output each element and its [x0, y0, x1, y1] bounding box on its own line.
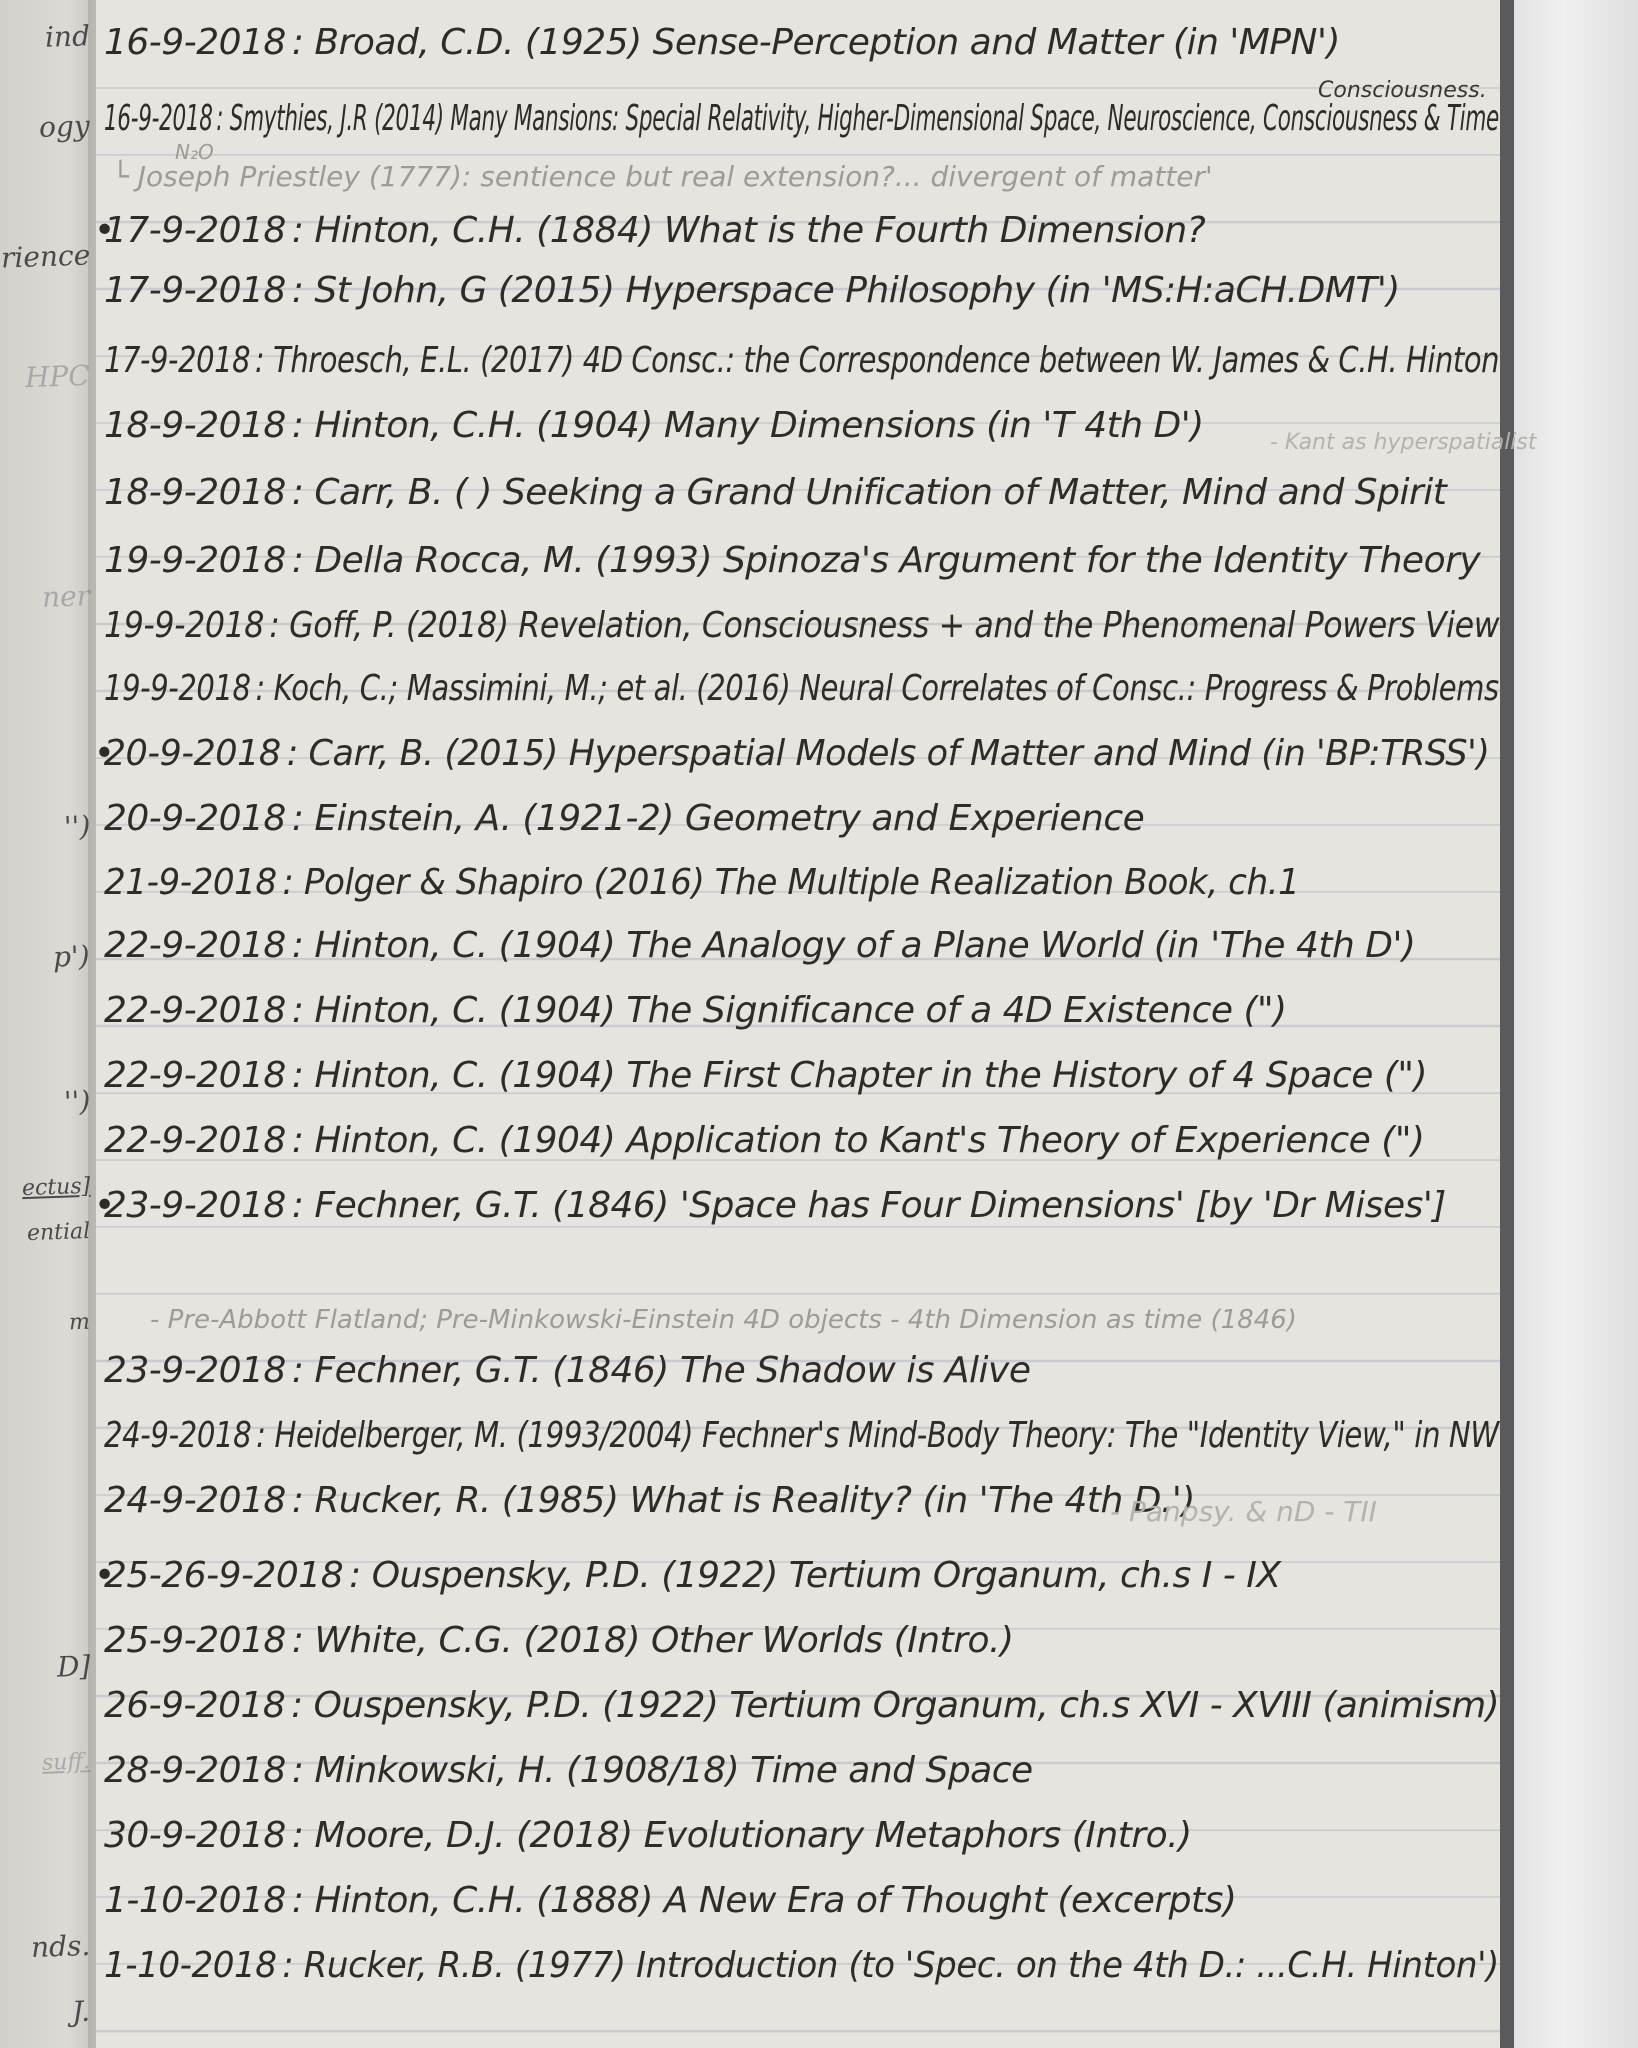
entry-date: 30-9-2018: [104, 1815, 286, 1856]
annotation-panpsy: - Panpsy. & nD - TII: [1110, 1495, 1377, 1528]
entry-title: The Multiple Realization Book, ch.1: [715, 862, 1300, 903]
entry-title: Sense-Perception and Matter (in 'MPN'): [653, 22, 1340, 63]
log-entry: 22-9-2018: Hinton, C. (1904) The First C…: [104, 1055, 1427, 1096]
entry-separator: :: [256, 1415, 274, 1456]
entry-date: 23-9-2018: [104, 1350, 286, 1391]
entry-separator: :: [269, 605, 289, 646]
margin-fragment: ''): [63, 810, 90, 844]
margin-fragment: ential: [26, 1219, 90, 1246]
log-entry: 20-9-2018: Einstein, A. (1921-2) Geometr…: [104, 798, 1144, 839]
entry-title: Many Mansions: Special Relativity, Highe…: [450, 98, 1499, 139]
margin-fragment: ectus]: [21, 1174, 90, 1201]
entry-separator: :: [292, 1815, 315, 1856]
entry-author: Rucker, R.B. (1977): [304, 1945, 626, 1986]
entry-title: 4D Consc.: the Correspondence between W.…: [583, 340, 1499, 381]
entry-separator: :: [292, 270, 315, 311]
entry-author: Goff, P. (2018): [289, 605, 508, 646]
margin-fragment: ogy: [39, 109, 91, 144]
entry-title: What is the Fourth Dimension?: [664, 210, 1205, 251]
entry-author: White, C.G. (2018): [314, 1620, 640, 1661]
entry-date: 1-10-2018: [104, 1945, 277, 1986]
entry-date: 22-9-2018: [104, 925, 286, 966]
entry-date: 26-9-2018: [104, 1685, 285, 1726]
entry-bullet-icon: •: [94, 210, 104, 251]
log-entry: 25-9-2018: White, C.G. (2018) Other Worl…: [104, 1620, 1014, 1661]
entry-author: Hinton, C.H. (1888): [314, 1880, 652, 1921]
entry-author: Smythies, J.R (2014): [230, 98, 444, 139]
entry-author: Heidelberger, M. (1993/2004): [274, 1415, 693, 1456]
entry-separator: :: [292, 210, 315, 251]
entry-separator: :: [292, 798, 315, 839]
entry-date: 18-9-2018: [104, 472, 286, 513]
entry-author: Moore, D.J. (2018): [314, 1815, 632, 1856]
entry-separator: :: [292, 1880, 315, 1921]
entry-author: Einstein, A. (1921-2): [314, 798, 674, 839]
entry-title: Tertium Organum, ch.s XVI - XVIII (animi…: [729, 1685, 1499, 1726]
annotation-priestley: └ Joseph Priestley (1777): sentience but…: [112, 160, 1213, 193]
entry-date: 19-9-2018: [104, 668, 251, 709]
entry-bullet-icon: •: [94, 733, 104, 774]
entry-date: 17-9-2018: [104, 210, 286, 251]
entry-title: Geometry and Experience: [685, 798, 1144, 839]
margin-fragment: nds.: [30, 1929, 90, 1964]
entry-title: Evolutionary Metaphors (Intro.): [644, 1815, 1192, 1856]
entry-title: Hyperspatial Models of Matter and Mind (…: [569, 733, 1490, 774]
entry-separator: :: [291, 1685, 313, 1726]
log-entry: 26-9-2018: Ouspensky, P.D. (1922) Tertiu…: [104, 1685, 1499, 1726]
log-entry: •25-26-9-2018: Ouspensky, P.D. (1922) Te…: [94, 1555, 1280, 1596]
entry-author: Minkowski, H. (1908/18): [314, 1750, 739, 1791]
entry-date: 25-26-9-2018: [104, 1555, 343, 1596]
entry-title: 'Space has Four Dimensions' [by 'Dr Mise…: [680, 1185, 1446, 1226]
entry-author: Hinton, C.H. (1884): [314, 210, 652, 251]
entry-title: Many Dimensions (in 'T 4th D'): [664, 405, 1204, 446]
log-entry: 16-9-2018: Broad, C.D. (1925) Sense-Perc…: [104, 22, 1340, 63]
entry-bullet-icon: •: [94, 1555, 104, 1596]
entry-title: Introduction (to 'Spec. on the 4th D.: .…: [636, 1945, 1499, 1986]
log-entry: •17-9-2018: Hinton, C.H. (1884) What is …: [94, 210, 1205, 251]
entry-author: Broad, C.D. (1925): [314, 22, 641, 63]
entry-date: 18-9-2018: [104, 405, 286, 446]
entry-separator: :: [292, 1620, 315, 1661]
entry-title: A New Era of Thought (excerpts): [664, 1880, 1237, 1921]
log-entry: 30-9-2018: Moore, D.J. (2018) Evolutiona…: [104, 1815, 1192, 1856]
entry-title: The Analogy of a Plane World (in 'The 4t…: [626, 925, 1415, 966]
margin-fragment: rience: [0, 238, 90, 274]
entry-author: Fechner, G.T. (1846): [314, 1185, 668, 1226]
entry-date: 23-9-2018: [104, 1185, 286, 1226]
entry-separator: :: [292, 472, 315, 513]
margin-fragment: D]: [56, 1649, 91, 1683]
entry-separator: :: [255, 340, 273, 381]
log-entry: 1-10-2018: Rucker, R.B. (1977) Introduct…: [104, 1945, 1499, 1986]
log-entry: 17-9-2018: Throesch, E.L. (2017) 4D Cons…: [104, 340, 1499, 381]
entry-author: Fechner, G.T. (1846): [314, 1350, 668, 1391]
log-entry: 23-9-2018: Fechner, G.T. (1846) The Shad…: [104, 1350, 1031, 1391]
entry-bullet-icon: •: [94, 1185, 104, 1226]
entry-date: 22-9-2018: [104, 990, 286, 1031]
entry-date: 24-9-2018: [104, 1480, 286, 1521]
entry-date: 19-9-2018: [104, 605, 264, 646]
entry-title: The Significance of a 4D Existence ("): [626, 990, 1286, 1031]
entry-author: Polger & Shapiro (2016): [304, 862, 704, 903]
entry-title: Application to Kant's Theory of Experien…: [626, 1120, 1424, 1161]
log-entry: 19-9-2018: Della Rocca, M. (1993) Spinoz…: [104, 540, 1480, 581]
left-facing-page: ind ogy rience HPC ner '') p') '') ectus…: [0, 0, 96, 2048]
annotation-kant-hyperspace: - Kant as hyperspatialist: [1270, 430, 1537, 455]
entry-separator: :: [216, 98, 229, 139]
entry-separator: :: [255, 668, 273, 709]
entry-author: Hinton, C. (1904): [314, 925, 615, 966]
entry-separator: :: [292, 540, 315, 581]
entry-author: Hinton, C.H. (1904): [314, 405, 652, 446]
entry-date: 16-9-2018: [104, 98, 213, 139]
entry-title: Neural Correlates of Consc.: Progress & …: [799, 668, 1499, 709]
entry-title: The First Chapter in the History of 4 Sp…: [626, 1055, 1427, 1096]
log-entry: 17-9-2018: St John, G (2015) Hyperspace …: [104, 270, 1400, 311]
log-entry: 18-9-2018: Hinton, C.H. (1904) Many Dime…: [104, 405, 1204, 446]
entry-date: 1-10-2018: [104, 1880, 286, 1921]
margin-fragment: suff.: [42, 1749, 91, 1776]
background-surface: [1514, 0, 1638, 2048]
log-entry: •20-9-2018: Carr, B. (2015) Hyperspatial…: [94, 733, 1489, 774]
entry-title: The Shadow is Alive: [680, 1350, 1031, 1391]
annotation-flatland: - Pre-Abbott Flatland; Pre-Minkowski-Ein…: [150, 1305, 1297, 1335]
margin-fragment: ner: [41, 579, 90, 614]
entry-separator: :: [292, 1120, 315, 1161]
entry-title: Other Worlds (Intro.): [651, 1620, 1014, 1661]
entry-separator: :: [282, 862, 303, 903]
entry-separator: :: [292, 990, 315, 1031]
entry-separator: :: [282, 1945, 303, 1986]
entry-title: Seeking a Grand Unification of Matter, M…: [503, 472, 1447, 513]
log-entry: 24-9-2018: Heidelberger, M. (1993/2004) …: [104, 1415, 1499, 1456]
log-entry: 16-9-2018: Smythies, J.R (2014) Many Man…: [104, 98, 1499, 139]
entry-separator: :: [287, 733, 309, 774]
entry-author: Throesch, E.L. (2017): [273, 340, 574, 381]
annotation-consciousness: Consciousness.: [1318, 78, 1487, 103]
margin-fragment: HPC: [25, 359, 91, 394]
entry-author: Carr, B. (2015): [309, 733, 558, 774]
entry-title: Fechner's Mind-Body Theory: The "Identit…: [702, 1415, 1499, 1456]
entry-date: 22-9-2018: [104, 1055, 286, 1096]
entry-title: Hyperspace Philosophy (in 'MS:H:aCH.DMT'…: [625, 270, 1399, 311]
notebook-page-edge: [1500, 0, 1514, 2048]
entry-date: 24-9-2018: [104, 1415, 251, 1456]
entry-date: 21-9-2018: [104, 862, 277, 903]
log-entry: •23-9-2018: Fechner, G.T. (1846) 'Space …: [94, 1185, 1446, 1226]
entry-title: Tertium Organum, ch.s I - IX: [789, 1555, 1281, 1596]
entry-separator: :: [292, 1480, 315, 1521]
entry-separator: :: [292, 1185, 315, 1226]
entry-separator: :: [292, 22, 315, 63]
entry-author: Ouspensky, P.D. (1922): [372, 1555, 778, 1596]
log-entry: 22-9-2018: Hinton, C. (1904) The Analogy…: [104, 925, 1415, 966]
log-entry: 19-9-2018: Goff, P. (2018) Revelation, C…: [104, 605, 1499, 646]
entry-separator: :: [292, 925, 315, 966]
log-entry: 22-9-2018: Hinton, C. (1904) The Signifi…: [104, 990, 1287, 1031]
margin-fragment: ind: [45, 19, 91, 54]
entry-author: Hinton, C. (1904): [314, 990, 615, 1031]
entry-author: Hinton, C. (1904): [314, 1055, 615, 1096]
entry-date: 16-9-2018: [104, 22, 286, 63]
entry-author: St John, G (2015): [314, 270, 614, 311]
entry-separator: :: [292, 405, 315, 446]
entry-author: Carr, B. ( ): [314, 472, 492, 513]
entry-title: Spinoza's Argument for the Identity Theo…: [723, 540, 1480, 581]
entry-author: Ouspensky, P.D. (1922): [314, 1685, 719, 1726]
log-entry: 19-9-2018: Koch, C.; Massimini, M.; et a…: [104, 668, 1499, 709]
entry-separator: :: [292, 1750, 315, 1791]
entry-author: Della Rocca, M. (1993): [314, 540, 712, 581]
log-entry: 18-9-2018: Carr, B. ( ) Seeking a Grand …: [104, 472, 1446, 513]
entry-date: 19-9-2018: [104, 540, 286, 581]
margin-fragment: p'): [53, 939, 91, 973]
log-entry: 28-9-2018: Minkowski, H. (1908/18) Time …: [104, 1750, 1033, 1791]
entry-author: Koch, C.; Massimini, M.; et al. (2016): [274, 668, 791, 709]
entry-separator: :: [292, 1055, 315, 1096]
entry-date: 17-9-2018: [104, 270, 286, 311]
entry-author: Hinton, C. (1904): [314, 1120, 615, 1161]
entry-title: Revelation, Consciousness + and the Phen…: [518, 605, 1499, 646]
entry-date: 25-9-2018: [104, 1620, 286, 1661]
entry-date: 22-9-2018: [104, 1120, 286, 1161]
log-entry: 24-9-2018: Rucker, R. (1985) What is Rea…: [104, 1480, 1195, 1521]
entry-date: 28-9-2018: [104, 1750, 286, 1791]
entry-separator: :: [292, 1350, 315, 1391]
log-entry: 21-9-2018: Polger & Shapiro (2016) The M…: [104, 862, 1299, 903]
log-entry: 1-10-2018: Hinton, C.H. (1888) A New Era…: [104, 1880, 1236, 1921]
margin-fragment: ''): [63, 1085, 90, 1119]
entry-date: 17-9-2018: [104, 340, 250, 381]
log-entry: 22-9-2018: Hinton, C. (1904) Application…: [104, 1120, 1424, 1161]
entry-date: 20-9-2018: [104, 798, 286, 839]
entry-separator: :: [349, 1555, 372, 1596]
entry-title: Time and Space: [750, 1750, 1033, 1791]
entry-author: Rucker, R. (1985): [314, 1480, 618, 1521]
entry-date: 20-9-2018: [104, 733, 281, 774]
